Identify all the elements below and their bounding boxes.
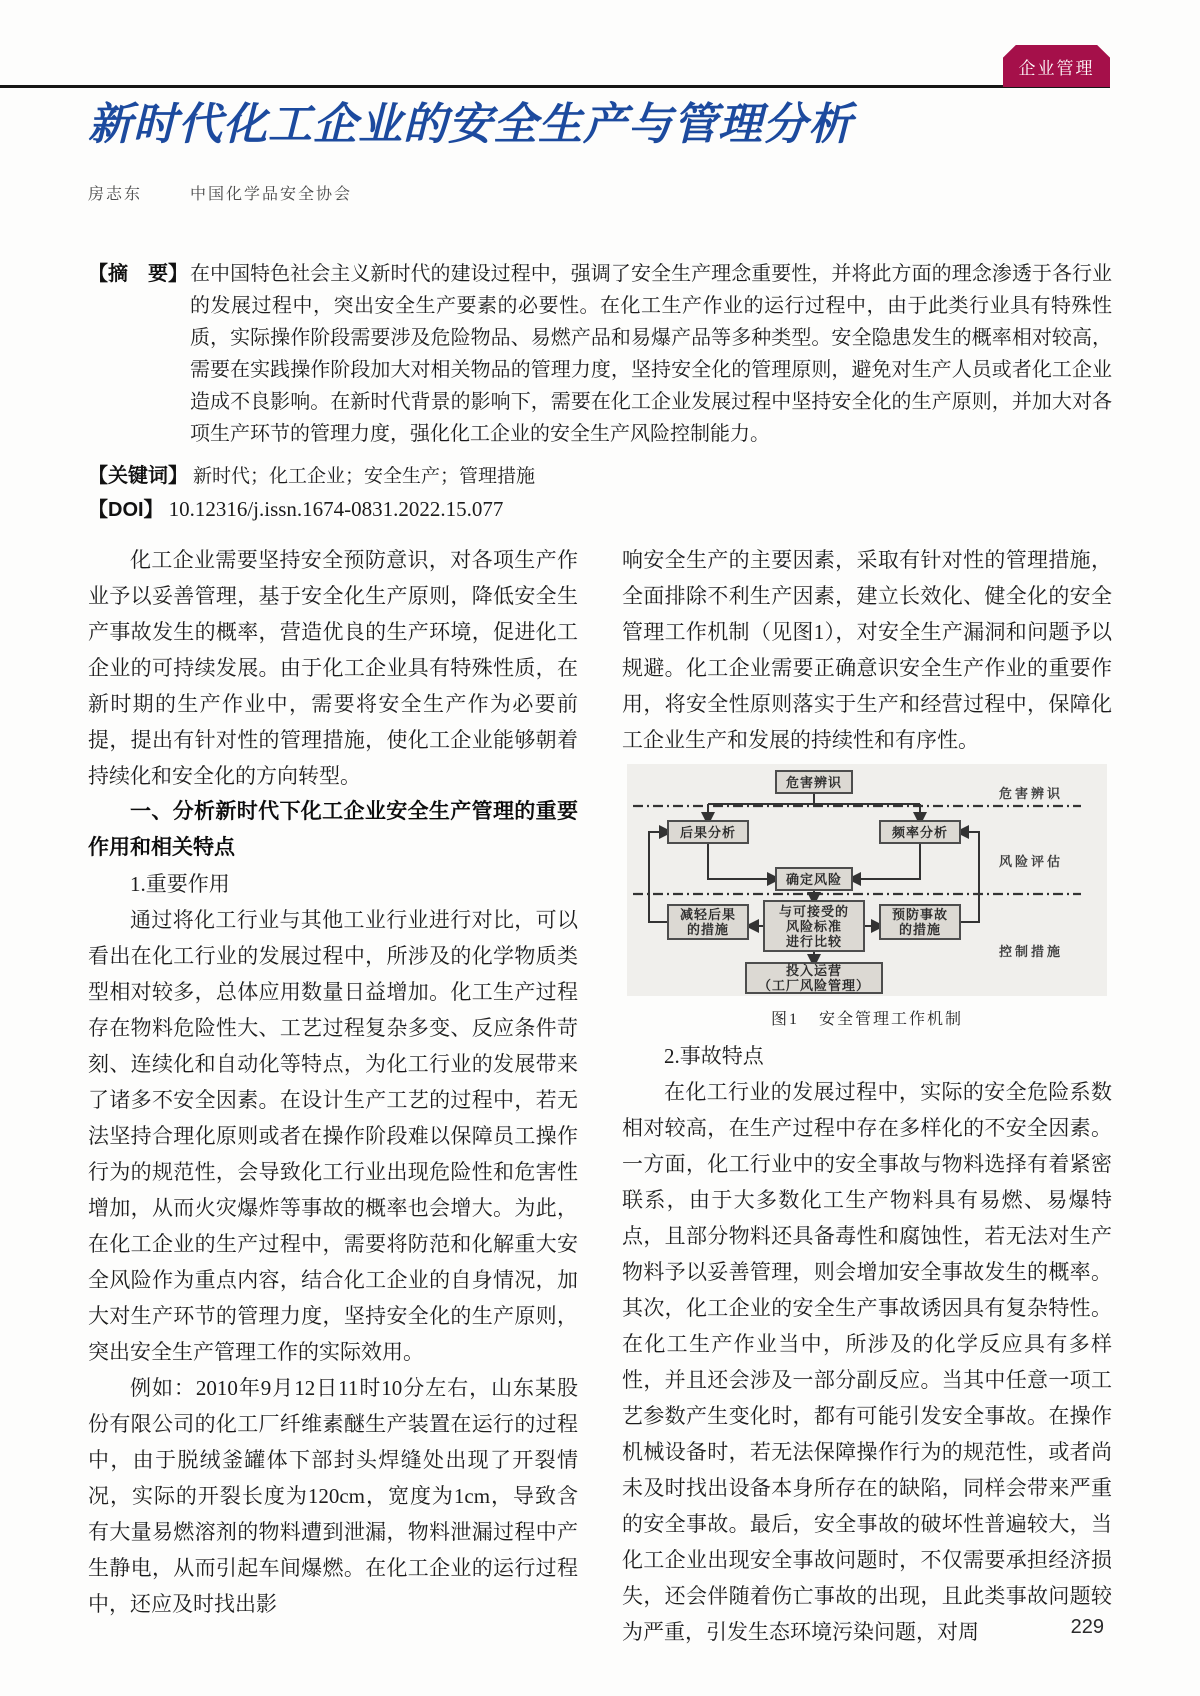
paragraph-example: 例如：2010年9月12日11时10分左右，山东某股份有限公司的化工厂纤维素醚生… xyxy=(88,1370,578,1622)
flow-box-line: （工厂风险管理） xyxy=(758,978,870,993)
figure-caption: 图1 安全管理工作机制 xyxy=(622,1002,1112,1038)
page-content: 新时代化工企业的安全生产与管理分析 房志东 中国化学品安全协会 【摘 要】 在中… xyxy=(0,96,1200,1650)
flow-box-frequency-analysis: 频率分析 xyxy=(879,820,961,844)
figure-caption-number: 图1 xyxy=(771,1011,799,1028)
flow-box-determine-risk: 确定风险 xyxy=(775,867,853,891)
figure-caption-title: 安全管理工作机制 xyxy=(819,1011,963,1028)
flow-box-mitigation-measures: 减轻后果 的措施 xyxy=(667,904,749,940)
abstract-block: 【摘 要】 在中国特色社会主义新时代的建设过程中，强调了安全生产理念重要性，并将… xyxy=(88,258,1112,450)
keywords-text: 新时代；化工企业；安全生产；管理措施 xyxy=(193,466,535,487)
figure-flowchart: 危害辨识 后果分析 频率分析 确定风险 减轻后果 的措施 与可接受的 风险标准 … xyxy=(627,764,1107,996)
flow-box-prevention-measures: 预防事故 的措施 xyxy=(879,904,961,940)
section-badge: 企业管理 xyxy=(1003,45,1110,87)
flow-box-line: 投入运营 xyxy=(786,963,842,978)
flow-box-line: 的措施 xyxy=(687,922,729,937)
flow-box-line: 与可接受的 xyxy=(779,904,849,919)
keywords-line: 【关键词】 新时代；化工企业；安全生产；管理措施 xyxy=(88,460,1112,493)
journal-page: 企业管理 新时代化工企业的安全生产与管理分析 房志东 中国化学品安全协会 【摘 … xyxy=(0,0,1200,1696)
subheading-important-role: 1.重要作用 xyxy=(88,866,578,902)
flow-box-line: 的措施 xyxy=(899,922,941,937)
front-matter: 【摘 要】 在中国特色社会主义新时代的建设过程中，强调了安全生产理念重要性，并将… xyxy=(88,258,1112,526)
doi-label: 【DOI】 xyxy=(88,499,164,521)
flow-box-consequence-analysis: 后果分析 xyxy=(667,820,749,844)
flow-box-hazard-identification: 危害辨识 xyxy=(775,770,853,794)
stage-label-risk-assessment: 风险评估 xyxy=(999,844,1099,880)
abstract-label: 【摘 要】 xyxy=(88,258,188,290)
abstract-text: 在中国特色社会主义新时代的建设过程中，强调了安全生产理念重要性，并将此方面的理念… xyxy=(190,263,1112,445)
keywords-label: 【关键词】 xyxy=(88,465,188,487)
doi-line: 【DOI】 10.12316/j.issn.1674-0831.2022.15.… xyxy=(88,493,1112,526)
flow-box-line: 进行比较 xyxy=(786,934,842,949)
flow-box-line: 减轻后果 xyxy=(680,907,736,922)
paragraph-comparison: 通过将化工行业与其他工业行业进行对比，可以看出在化工行业的发展过程中，所涉及的化… xyxy=(88,902,578,1370)
stage-label-control-measures: 控制措施 xyxy=(999,934,1099,970)
stage-label-hazard-identification: 危害辨识 xyxy=(999,776,1099,812)
flow-box-compare-risk-criteria: 与可接受的 风险标准 进行比较 xyxy=(763,900,865,952)
left-column: 化工企业需要坚持安全预防意识，对各项生产作业予以妥善管理，基于安全化生产原则，降… xyxy=(88,542,578,1650)
author-affiliation: 中国化学品安全协会 xyxy=(190,186,352,203)
section-heading-1: 一、分析新时代下化工企业安全生产管理的重要作用和相关特点 xyxy=(88,794,578,866)
page-number: 229 xyxy=(1071,1616,1104,1639)
flow-box-line: 风险标准 xyxy=(786,919,842,934)
paragraph-intro: 化工企业需要坚持安全预防意识，对各项生产作业予以妥善管理，基于安全化生产原则，降… xyxy=(88,542,578,794)
author-name: 房志东 xyxy=(88,186,142,203)
flow-box-put-into-operation: 投入运营 （工厂风险管理） xyxy=(745,962,883,994)
byline: 房志东 中国化学品安全协会 xyxy=(88,181,1112,204)
body-columns: 化工企业需要坚持安全预防意识，对各项生产作业予以妥善管理，基于安全化生产原则，降… xyxy=(88,542,1112,1650)
article-title: 新时代化工企业的安全生产与管理分析 xyxy=(88,96,1112,153)
paragraph-accident-features: 在化工行业的发展过程中，实际的安全危险系数相对较高，在生产过程中存在多样化的不安… xyxy=(622,1074,1112,1650)
flow-box-line: 预防事故 xyxy=(892,907,948,922)
subheading-accident-features: 2.事故特点 xyxy=(622,1038,1112,1074)
header-rule xyxy=(0,85,1110,88)
paragraph-continuation: 响安全生产的主要因素，采取有针对性的管理措施，全面排除不利生产因素，建立长效化、… xyxy=(622,542,1112,758)
right-column: 响安全生产的主要因素，采取有针对性的管理措施，全面排除不利生产因素，建立长效化、… xyxy=(622,542,1112,1650)
doi-value: 10.12316/j.issn.1674-0831.2022.15.077 xyxy=(169,497,504,521)
